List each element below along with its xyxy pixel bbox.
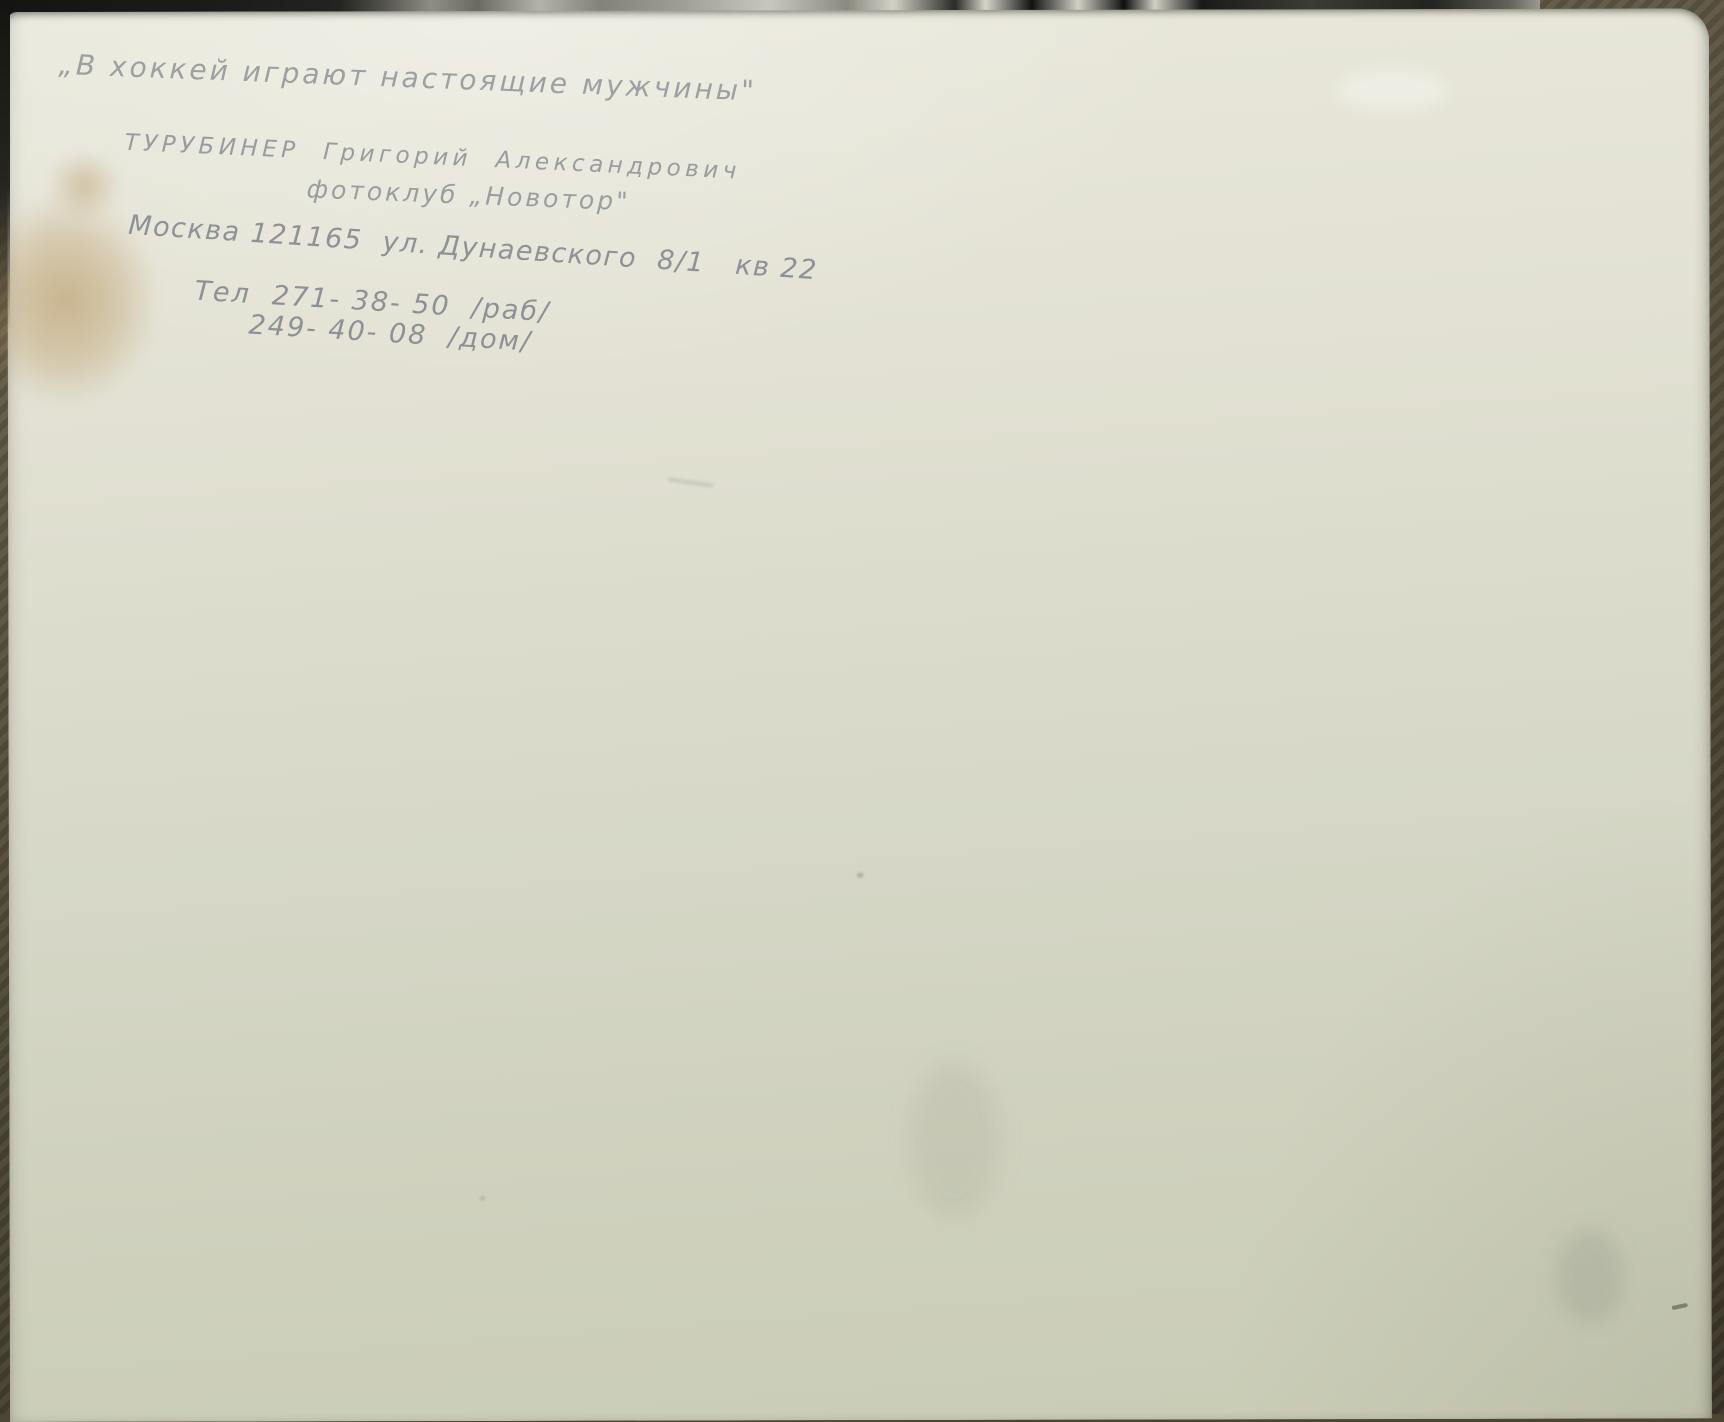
- worn-highlight: [1337, 69, 1447, 111]
- age-smudge: [909, 1060, 999, 1220]
- age-speck: [857, 872, 864, 878]
- age-speck: [479, 1196, 485, 1201]
- photo-back-scene: „В хоккей играют настоящие мужчины" ТУРУ…: [0, 0, 1724, 1414]
- photo-reverse-paper: „В хоккей играют настоящие мужчины" ТУРУ…: [7, 8, 1712, 1414]
- handwritten-address: Москва 121165 ул. Дунаевского 8/1 кв 22: [127, 210, 818, 286]
- age-scratch: [668, 477, 714, 487]
- handwritten-author-name: ТУРУБИНЕР Григорий Александрович: [124, 130, 741, 185]
- age-dash-mark: [1671, 1303, 1687, 1310]
- age-smudge: [1555, 1229, 1625, 1324]
- handwritten-quote-title: „В хоккей играют настоящие мужчины": [58, 48, 758, 108]
- stain-mark-small: [45, 150, 123, 222]
- handwritten-photo-club: фотоклуб „Новотор": [306, 174, 631, 216]
- background-gap-left-edge: [0, 10, 10, 330]
